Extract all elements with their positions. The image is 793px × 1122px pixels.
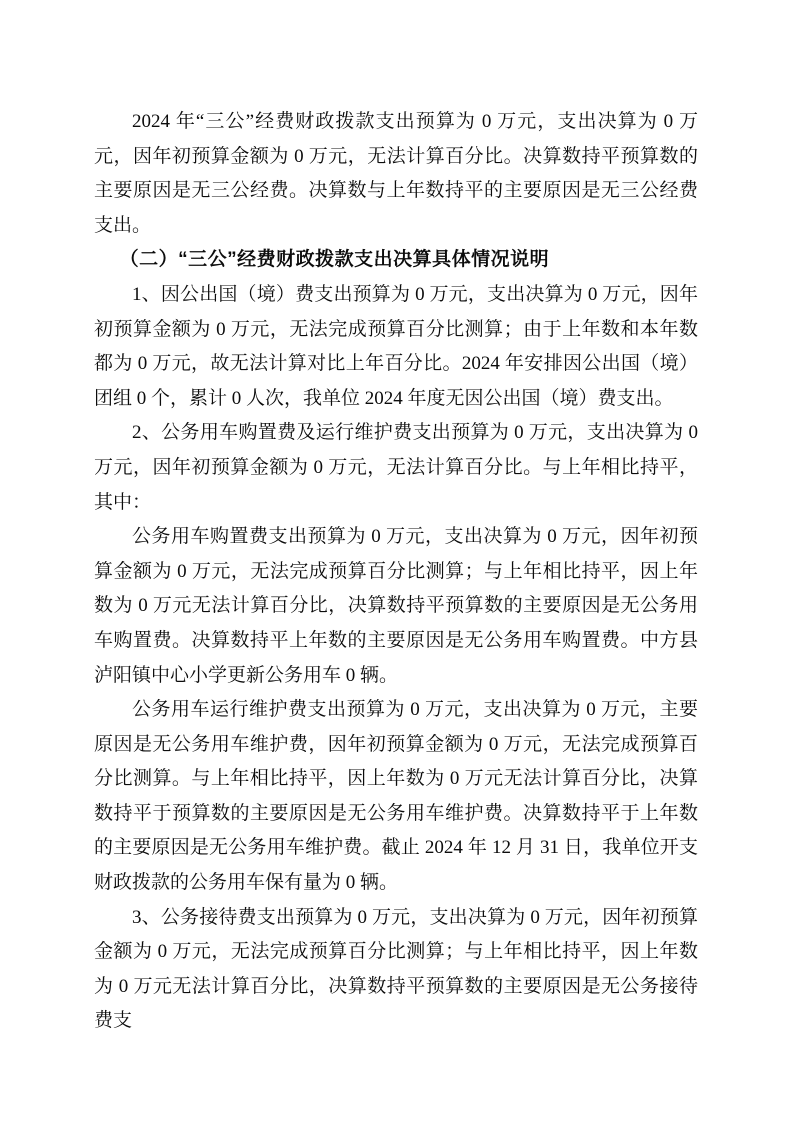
paragraph-vehicle-maintenance-expense: 公务用车运行维护费支出预算为 0 万元，支出决算为 0 万元，主要原因是无公务用…: [94, 693, 698, 901]
paragraph-overseas-trips-expense: 1、因公出国（境）费支出预算为 0 万元，支出决算为 0 万元，因年初预算金额为…: [94, 278, 698, 416]
section-heading-three-public-funds-detail: （二）“三公”经费财政拨款支出决算具体情况说明: [94, 243, 698, 278]
paragraph-official-vehicle-total: 2、公务用车购置费及运行维护费支出预算为 0 万元，支出决算为 0 万元，因年初…: [94, 416, 698, 520]
paragraph-three-public-funds-summary: 2024 年“三公”经费财政拨款支出预算为 0 万元，支出决算为 0 万元，因年…: [94, 105, 698, 243]
paragraph-official-reception-expense: 3、公务接待费支出预算为 0 万元，支出决算为 0 万元，因年初预算金额为 0 …: [94, 901, 698, 1039]
paragraph-vehicle-purchase-expense: 公务用车购置费支出预算为 0 万元，支出决算为 0 万元，因年初预算金额为 0 …: [94, 520, 698, 693]
document-content: 2024 年“三公”经费财政拨款支出预算为 0 万元，支出决算为 0 万元，因年…: [94, 105, 698, 1039]
document-page: 2024 年“三公”经费财政拨款支出预算为 0 万元，支出决算为 0 万元，因年…: [0, 0, 793, 1122]
